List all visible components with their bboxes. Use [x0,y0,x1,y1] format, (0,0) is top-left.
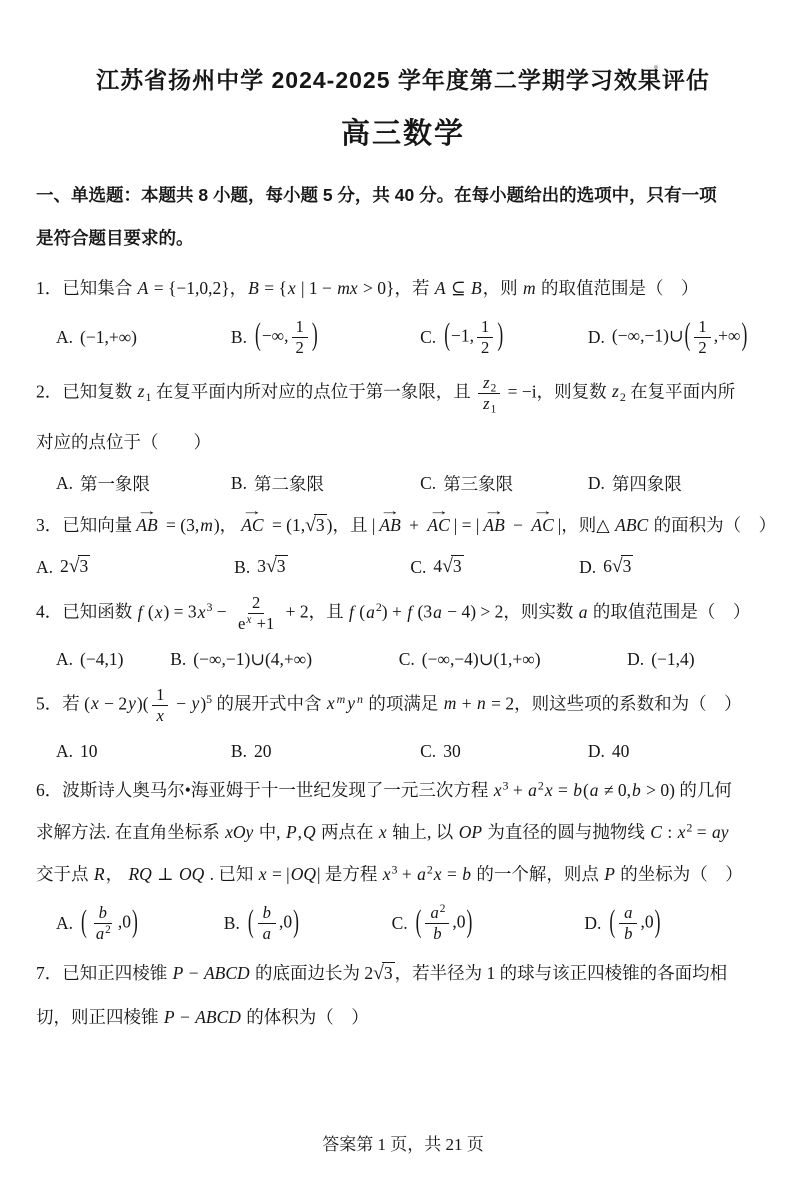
math-var: x [493,780,503,800]
math-text: ( [355,602,365,622]
math-text: : [663,822,677,842]
math-fraction: 12 [477,317,493,358]
math-var: P [163,1007,176,1027]
option-label: A. [56,649,73,670]
math-var: b [631,780,642,800]
option-label: D. [584,913,601,934]
page-subtitle: 高三数学 [36,111,770,152]
tall-paren: ) [311,316,319,354]
math-var: x [382,864,392,884]
option-content: (ab,0) [608,903,661,944]
math-vector: AB [482,512,505,539]
math-text: = −i，则复数 [503,381,611,401]
math-text: 的项满足 [364,693,443,713]
math-text: . 已知 [205,864,258,884]
fraction-numerator: b [258,903,276,924]
math-var: f [137,602,144,622]
option-content: (a2b,0) [415,903,474,944]
math-text: | = | [454,515,480,535]
option-content: 3√3 [257,556,287,578]
math-var: a [365,602,376,622]
option-label: D. [579,557,596,578]
question-5-options: A.10B.20C.30D.40 [36,741,770,762]
math-text: = (1, [268,515,306,535]
option-label: B. [231,327,247,348]
tall-paren: ) [131,903,139,941]
math-var: B [247,278,260,298]
question-6: 6．波斯诗人奥马尔•海亚姆于十一世纪发现了一元三次方程 x3 + a2x = b… [36,777,770,944]
fraction-numerator: 2 [248,593,264,614]
math-text: ,0 [118,912,131,932]
option-A: A.(−1,+∞) [56,327,231,348]
math-text: = [443,864,462,884]
math-text: (3 [413,602,432,622]
option-content: 2√3 [60,556,90,578]
math-vector: AC [426,512,450,539]
question-1-stem-line-1: 1．已知集合 A = {−1,0,2}，B = {x | 1 − mx > 0}… [36,275,770,302]
math-text: ,0 [640,912,653,932]
math-var: OQ [290,864,317,884]
math-var: A [434,278,447,298]
math-text: 的取值范围是（ ） [537,278,699,298]
option-content: 10 [80,741,98,762]
fraction-denominator: a2 [91,924,115,944]
option-C: C.(−∞,−4)∪(1,+∞) [399,649,627,670]
math-var: a [95,924,105,943]
math-text: )， [214,515,237,535]
math-var: y [346,693,356,713]
math-text: 40 [612,741,630,761]
math-sub: 1 [491,403,497,415]
math-var: a [416,864,427,884]
math-text: 的面积为（ ） [649,515,776,535]
fraction-numerator: 1 [152,685,168,706]
math-text: = (3, [162,515,200,535]
math-var: f [348,602,355,622]
math-text: 的一个解，则点 [472,864,603,884]
math-fraction: 12 [694,317,710,358]
option-content: 6√3 [603,556,633,578]
math-text: = [554,780,573,800]
math-var: x [378,822,388,842]
option-content: (−∞,12) [254,317,319,358]
math-var: z [482,373,490,392]
fraction-denominator: 2 [694,338,710,358]
math-vector: AC [530,512,554,539]
option-content: (ba,0) [247,903,300,944]
math-text: (−∞,−1)∪(4,+∞) [193,649,312,669]
math-var: m [199,515,214,535]
math-text: | 是方程 [317,864,382,884]
question-6-stem-line-2: 求解方法. 在直角坐标系 xOy 中, P,Q 两点在 x 轴上, 以 OP 为… [36,819,770,846]
option-content: (−1,12) [443,317,504,358]
math-text: − [184,963,203,983]
option-content: 第二象限 [254,471,324,496]
option-content: 4√3 [433,556,463,578]
option-label: B. [231,741,247,762]
fraction-numerator: 1 [477,317,493,338]
math-var: m [522,278,537,298]
math-var: RQ [127,864,152,884]
math-var: x [433,864,443,884]
math-text: 第一象限 [80,474,150,494]
option-label: A. [56,327,73,348]
math-text: 5．若 ( [36,693,90,713]
question-5-stem-line-1: 5．若 (x − 2y)(1x − y)5 的展开式中含 xmyn 的项满足 m… [36,685,770,726]
math-sup: m [336,692,347,706]
tall-paren: ) [292,903,300,941]
math-text: 第四象限 [612,474,682,494]
math-text: (−∞,−1)∪ [612,325,684,345]
math-fraction: ab [619,903,637,944]
math-var: A [137,278,150,298]
option-B: B.(−∞,−1)∪(4,+∞) [170,649,398,670]
math-var: R [93,864,106,884]
option-C: C.(−1,12) [420,317,588,358]
math-text: ,+∞ [714,325,741,345]
math-sqrt: √3 [612,556,634,576]
option-D: D.(ab,0) [584,903,770,944]
math-text: (−4,1) [80,649,123,669]
option-label: A. [36,557,53,578]
math-text: − [212,602,231,622]
section-intro: 一、单选题：本题共 8 小题，每小题 5 分，共 40 分。在每小题给出的选项中… [36,174,770,260]
scan-artifact-dot [654,65,658,69]
option-label: C. [410,557,426,578]
math-var: OP [458,822,483,842]
option-content: 第四象限 [612,471,682,496]
math-text: ) + [382,602,406,622]
math-text: 4 [433,556,442,576]
math-text: 的取值范围是（ ） [589,602,751,622]
question-2-stem-line-1: 2．已知复数 z1 在复平面内所对应的点位于第一象限，且 z2z1 = −i，则… [36,373,770,414]
math-text: 在复平面内所对应的点位于第一象限，且 [151,381,475,401]
math-text: 3 [257,556,266,576]
question-3: 3．已知向量AB = (3,m)，AC = (1,√3)，且 |AB + AC|… [36,511,770,578]
option-B: B.3√3 [234,556,410,578]
math-text: −1, [451,325,474,345]
question-2-options: A.第一象限B.第二象限C.第三象限D.第四象限 [36,471,770,496]
option-A: A.2√3 [36,556,234,578]
math-var: b [98,903,108,922]
math-var: a [578,602,589,622]
math-var: n [476,693,487,713]
math-sup: 2 [427,863,433,877]
question-1-options: A.(−1,+∞)B.(−∞,12)C.(−1,12)D.(−∞,−1)∪(12… [36,317,770,358]
section-intro-line-2: 是符合题目要求的。 [36,217,770,260]
math-text: 20 [254,741,272,761]
option-label: C. [392,913,408,934]
tall-paren: ( [684,316,692,354]
math-var: a [589,780,600,800]
math-text: −∞, [262,325,289,345]
math-var: y [191,693,201,713]
option-content: (−4,1) [80,649,123,670]
option-content: (−1,+∞) [80,327,137,348]
math-var: x [287,278,297,298]
option-label: B. [234,557,250,578]
option-label: A. [56,473,73,494]
math-text: + 2，且 [281,602,348,622]
math-text: ( [583,780,589,800]
option-content: 第三象限 [443,471,513,496]
option-content: (−1,4) [651,649,694,670]
math-text: + [397,864,416,884]
math-text: | 1 − [297,278,337,298]
radicand: 3 [451,555,464,576]
option-content: 20 [254,741,272,762]
math-fraction: ba2 [91,903,115,944]
fraction-denominator: 2 [292,338,308,358]
fraction-denominator: b [428,924,446,944]
math-var: z [482,394,490,413]
math-text: ， [106,864,128,884]
option-label: B. [170,649,186,670]
fraction-numerator: b [94,903,112,924]
radicand: 3 [78,555,91,576]
math-var: b [572,780,583,800]
math-text: 轴上, 以 [388,822,458,842]
math-vector: AB [135,512,158,539]
math-var: x [544,780,554,800]
option-label: D. [588,327,605,348]
math-fraction: 2ex +1 [234,593,278,634]
option-A: A.10 [56,741,231,762]
option-A: A.(ba2,0) [56,903,224,944]
question-5: 5．若 (x − 2y)(1x − y)5 的展开式中含 xmyn 的项满足 m… [36,685,770,762]
option-D: D.40 [588,741,770,762]
question-6-stem-line-1: 6．波斯诗人奥马尔•海亚姆于十一世纪发现了一元三次方程 x3 + a2x = b… [36,777,770,804]
option-content: (−∞,−1)∪(4,+∞) [193,649,312,670]
option-D: D.(−1,4) [627,649,770,670]
option-label: D. [588,741,605,762]
tall-paren: ) [740,316,748,354]
math-var: P [172,963,185,983]
math-text: 4．已知函数 [36,602,137,622]
option-content: 30 [443,741,461,762]
math-text: ≠ 0, [600,780,631,800]
math-sup: 2 [440,903,446,915]
question-3-stem-line-1: 3．已知向量AB = (3,m)，AC = (1,√3)，且 |AB + AC|… [36,511,770,541]
radicand: 3 [621,555,634,576]
math-text: = {−1,0,2}， [149,278,247,298]
math-text: 6 [603,556,612,576]
math-text: 7．已知正四棱锥 [36,963,172,983]
option-C: C.第三象限 [420,471,588,496]
math-text: 的底面边长为 2 [251,963,374,983]
option-content: 第一象限 [80,471,150,496]
math-vector: AC [240,512,264,539]
math-var: a [432,602,443,622]
radicand: 3 [314,514,327,535]
math-var: y [127,693,137,713]
question-list: 1．已知集合 A = {−1,0,2}，B = {x | 1 − mx > 0}… [36,260,770,1047]
tall-paren: ( [254,316,262,354]
math-sqrt: √3 [442,556,464,576]
math-text: ,0 [452,912,465,932]
math-text: ,0 [279,912,292,932]
math-text: > 0) 的几何 [642,780,732,800]
math-text: − 2 [100,693,127,713]
math-text: = | [268,864,290,884]
math-sup: n [356,692,364,706]
math-var: z [611,381,620,401]
math-text: 第二象限 [254,474,324,494]
math-text: ( [144,602,154,622]
option-label: B. [224,913,240,934]
math-sup: 2 [105,924,111,936]
math-var: x [326,693,336,713]
math-text: 30 [443,741,461,761]
fraction-denominator: x [152,706,169,726]
option-content: (ba2,0) [80,903,139,944]
math-text: )( [137,693,149,713]
math-text: 2．已知复数 [36,381,137,401]
tall-paren: ( [608,903,616,941]
fraction-numerator: 1 [694,317,710,338]
math-text: − [509,515,528,535]
math-var: b [432,924,442,943]
math-text: + [405,515,424,535]
math-sqrt: √3 [305,515,327,535]
math-var: xOy [224,822,254,842]
option-content: (−∞,−4)∪(1,+∞) [422,649,541,670]
option-label: C. [420,741,436,762]
math-var: C [649,822,663,842]
math-text: |，则△ [558,515,614,535]
question-2: 2．已知复数 z1 在复平面内所对应的点位于第一象限，且 z2z1 = −i，则… [36,373,770,496]
option-label: A. [56,741,73,762]
fraction-denominator: ex +1 [234,614,278,634]
option-label: C. [399,649,415,670]
tall-paren: ) [654,903,662,941]
option-D: D.(−∞,−1)∪(12,+∞) [588,317,770,358]
tall-paren: ( [247,903,255,941]
fraction-denominator: b [619,924,637,944]
question-2-stem-line-2: 对应的点位于（ ） [36,429,770,456]
math-fraction: 12 [292,317,308,358]
tall-paren: ( [80,903,88,941]
tall-paren: ) [466,903,474,941]
math-var: n [356,692,364,706]
question-4: 4．已知函数 f (x) = 3x3 − 2ex +1 + 2，且 f (a2)… [36,593,770,670]
math-text: 的体积为（ ） [242,1007,369,1027]
math-sup: 2 [538,778,544,792]
math-var: B [470,278,483,298]
math-text: (−1,+∞) [80,327,137,347]
math-var: x [258,864,268,884]
math-text: + [508,780,527,800]
page-title: 江苏省扬州中学 2024-2025 学年度第二学期学习效果评估 [36,62,770,95]
math-var: P [603,864,616,884]
question-7-stem-line-1: 7．已知正四棱锥 P − ABCD 的底面边长为 2√3，若半径为 1 的球与该… [36,959,770,989]
math-var: b [461,864,472,884]
math-var: x [90,693,100,713]
question-4-options: A.(−4,1)B.(−∞,−1)∪(4,+∞)C.(−∞,−4)∪(1,+∞)… [36,649,770,670]
math-text: +1 [252,614,274,633]
math-var: x [156,706,165,725]
math-text: (−1,4) [651,649,694,669]
math-text: 为直径的圆与抛物线 [483,822,649,842]
question-3-options: A.2√3B.3√3C.4√3D.6√3 [36,556,770,578]
tall-paren: ) [496,316,504,354]
math-var: mx [336,278,358,298]
math-text: − 4) > 2，则实数 [443,602,578,622]
fraction-numerator: a [619,903,637,924]
question-1: 1．已知集合 A = {−1,0,2}，B = {x | 1 − mx > 0}… [36,275,770,358]
math-text: ，则 [483,278,522,298]
math-text: 3．已知向量 [36,515,132,535]
option-label: C. [420,473,436,494]
option-B: B.(−∞,12) [231,317,420,358]
math-var: ABCD [194,1007,242,1027]
math-text: − [176,1007,195,1027]
option-C: C.4√3 [410,556,579,578]
math-text: ) = 3 [163,602,196,622]
math-text: 的展开式中含 [212,693,326,713]
fraction-numerator: 1 [292,317,308,338]
radicand: 3 [275,555,288,576]
option-D: D.6√3 [579,556,770,578]
math-text: ⊥ [153,864,178,884]
math-var: m [443,693,458,713]
math-fraction: a2b [425,903,449,944]
option-content: 40 [612,741,630,762]
math-text: = [692,822,711,842]
math-text: = { [260,278,287,298]
math-var: b [262,903,272,922]
math-text: ，若半径为 1 的球与该正四棱锥的各面均相 [395,963,728,983]
math-var: OQ [178,864,205,884]
math-text: 10 [80,741,98,761]
math-text: )，且 | [327,515,376,535]
option-label: B. [231,473,247,494]
math-var: a [429,903,439,922]
math-fraction: z2z1 [478,373,500,414]
option-B: B.(ba,0) [224,903,392,944]
question-6-stem-line-3: 交于点 R， RQ ⊥ OQ . 已知 x = |OQ| 是方程 x3 + a2… [36,861,770,888]
math-text: 第三象限 [443,474,513,494]
math-text: 切，则正四棱锥 [36,1007,163,1027]
math-text: − [172,693,191,713]
math-text: 的坐标为（ ） [616,864,743,884]
option-label: C. [420,327,436,348]
math-var: x [677,822,687,842]
math-text: 6．波斯诗人奥马尔•海亚姆于十一世纪发现了一元三次方程 [36,780,493,800]
option-label: A. [56,913,73,934]
question-7-stem-line-2: 切，则正四棱锥 P − ABCD 的体积为（ ） [36,1004,770,1031]
option-B: B.20 [231,741,420,762]
option-B: B.第二象限 [231,471,420,496]
math-text: = 2，则这些项的系数和为（ ） [487,693,742,713]
fraction-denominator: a [258,924,276,944]
math-text: 2 [60,556,69,576]
question-7: 7．已知正四棱锥 P − ABCD 的底面边长为 2√3，若半径为 1 的球与该… [36,959,770,1031]
fraction-denominator: z1 [478,394,500,414]
math-var: m [336,692,347,706]
fraction-numerator: a2 [425,903,449,924]
math-text: 求解方法. 在直角坐标系 [36,822,224,842]
math-text: 两点在 [317,822,378,842]
option-C: C.30 [420,741,588,762]
option-label: D. [588,473,605,494]
question-6-options: A.(ba2,0)B.(ba,0)C.(a2b,0)D.(ab,0) [36,903,770,944]
question-4-stem-line-1: 4．已知函数 f (x) = 3x3 − 2ex +1 + 2，且 f (a2)… [36,593,770,634]
section-intro-line-1: 一、单选题：本题共 8 小题，每小题 5 分，共 40 分。在每小题给出的选项中… [36,174,770,217]
math-vector: AB [378,512,401,539]
option-content: (−∞,−1)∪(12,+∞) [612,317,748,358]
math-text: 在复平面内所 [626,381,735,401]
